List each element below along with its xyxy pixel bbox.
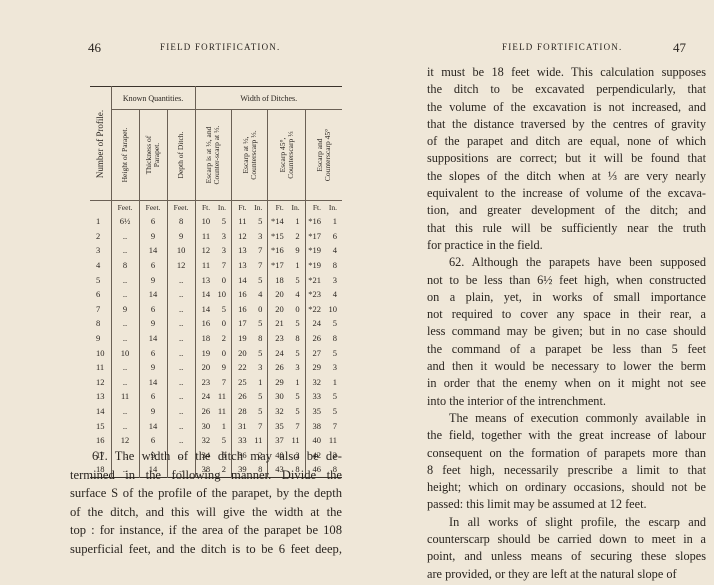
table-cell: 7 [213, 375, 231, 390]
text-line: the volume of the excavation is not incr… [427, 99, 706, 116]
header-escarp-counterscarp-45: Escarp and Counterscarp 45° [305, 110, 342, 201]
table-cell: 11 [250, 433, 268, 448]
table-cell: 14 [139, 243, 167, 258]
table-cell: 5 [287, 345, 305, 360]
text-line: the slopes of the ditch when at ⅓ are ve… [427, 168, 706, 185]
table-cell: 33 [232, 433, 250, 448]
table-row: 12..14..237251291321 [90, 375, 342, 390]
text-line: and then it would be necessary to lower … [427, 358, 706, 375]
table-cell: 14 [195, 287, 213, 302]
header-thickness-of-parapet: Thickness of Parapet. [139, 110, 167, 201]
table-cell: 3 [324, 272, 342, 287]
table-cell: 6 [139, 302, 167, 317]
table-cell: 20 [195, 360, 213, 375]
table-cell: 22 [232, 360, 250, 375]
paragraph-61: 61. The width of the ditch may also be d… [70, 447, 342, 559]
header-width-of-ditches: Width of Ditches. [195, 87, 342, 110]
table-cell: 29 [305, 360, 324, 375]
table-cell: 12 [167, 258, 195, 273]
table-cell: 9 [139, 360, 167, 375]
table-cell: 9 [287, 243, 305, 258]
table-cell: 20 [232, 345, 250, 360]
table-cell: 4 [324, 287, 342, 302]
text-line: for practice in the field. [427, 237, 706, 254]
table-cell: 5 [250, 316, 268, 331]
text-line: passed: this limit may be assumed at 12 … [427, 496, 706, 513]
table-cell: 1 [287, 214, 305, 229]
table-cell: 11 [213, 404, 231, 419]
table-cell: 6 [139, 214, 167, 229]
table-cell: .. [111, 331, 139, 346]
table-cell: 7 [250, 243, 268, 258]
table-cell: 18 [195, 331, 213, 346]
table-cell: 0 [250, 302, 268, 317]
table-cell: 14 [139, 375, 167, 390]
table-row: 8..9..160175215245 [90, 316, 342, 331]
table-cell: 26 [305, 331, 324, 346]
table-cell: .. [111, 272, 139, 287]
table-cell: *22 [305, 302, 324, 317]
table-cell: 8 [324, 258, 342, 273]
table-cell: 9 [167, 229, 195, 244]
table-cell: 12 [111, 433, 139, 448]
table-cell: 23 [268, 331, 287, 346]
table-row: 9..14..182198238268 [90, 331, 342, 346]
table-cell: 5 [324, 404, 342, 419]
table-cell: 8 [250, 331, 268, 346]
text-line: of the parapet and ditch are equal, none… [427, 133, 706, 150]
table-cell: 26 [195, 404, 213, 419]
table-row: 6..14..1410164204*234 [90, 287, 342, 302]
table-cell: 4 [324, 243, 342, 258]
text-line: that this rule will be sufficiently near… [427, 220, 706, 237]
table-cell: 3 [90, 243, 111, 258]
profiles-table-container: Number of Profile. Known Quantities. Wid… [90, 86, 342, 478]
table-cell: 9 [213, 360, 231, 375]
table-cell: 6 [324, 229, 342, 244]
table-cell: 30 [268, 389, 287, 404]
table-cell: 38 [305, 418, 324, 433]
table-cell: 7 [287, 418, 305, 433]
table-cell: *23 [305, 287, 324, 302]
table-cell: 5 [213, 433, 231, 448]
table-cell: 14 [232, 272, 250, 287]
table-cell: 11 [111, 389, 139, 404]
table-cell: 9 [90, 331, 111, 346]
table-cell: 4 [250, 287, 268, 302]
table-cell: 0 [213, 316, 231, 331]
table-cell: 3 [213, 229, 231, 244]
table-cell: .. [111, 375, 139, 390]
header-escarp-45-counterscarp-third: Escarp 45°, Counterscarp ⅓ [268, 110, 305, 201]
text-line: the command of a parapet be less than 5 … [427, 341, 706, 358]
table-cell: 9 [139, 404, 167, 419]
table-cell: 11 [324, 433, 342, 448]
table-cell: 7 [90, 302, 111, 317]
table-cell: 5 [213, 302, 231, 317]
table-cell: 10 [167, 243, 195, 258]
table-cell: 24 [305, 316, 324, 331]
table-cell: 21 [268, 316, 287, 331]
profiles-table: Number of Profile. Known Quantities. Wid… [90, 86, 342, 478]
table-cell: 5 [250, 404, 268, 419]
table-cell: 16 [195, 316, 213, 331]
table-cell: 5 [250, 345, 268, 360]
table-cell: 9 [111, 302, 139, 317]
table-row: 2..99113123*152*176 [90, 229, 342, 244]
table-row: 796..145160200*2210 [90, 302, 342, 317]
text-line: the ditch to be excavated perpendicularl… [427, 81, 706, 98]
table-cell: 10 [111, 345, 139, 360]
page-number: 47 [673, 40, 686, 56]
table-cell: 10 [195, 214, 213, 229]
table-cell: 5 [90, 272, 111, 287]
table-cell: .. [167, 360, 195, 375]
header-depth-of-ditch: Depth of Ditch. [167, 110, 195, 201]
table-cell: *15 [268, 229, 287, 244]
table-cell: 29 [268, 375, 287, 390]
table-cell: .. [111, 287, 139, 302]
text-line: into the interior of the intrenchment. [427, 393, 706, 410]
table-cell: 11 [195, 258, 213, 273]
table-cell: 4 [90, 258, 111, 273]
text-line: equivalent to the increase of volume of … [427, 185, 706, 202]
table-cell: 10 [90, 345, 111, 360]
table-cell: 1 [324, 214, 342, 229]
table-row: 11..9..209223263293 [90, 360, 342, 375]
table-cell: 2 [287, 229, 305, 244]
table-cell: 13 [232, 243, 250, 258]
table-cell: 32 [195, 433, 213, 448]
table-cell: 5 [324, 345, 342, 360]
table-cell: 6 [90, 287, 111, 302]
table-cell: 9 [139, 229, 167, 244]
table-cell: *17 [268, 258, 287, 273]
units-row: Feet. Feet. Feet. Ft. In. Ft. In. Ft. In… [90, 201, 342, 215]
table-cell: .. [111, 360, 139, 375]
text-line: on a plain, yet, in works of small impor… [427, 289, 706, 306]
table-cell: 10 [324, 302, 342, 317]
table-cell: 6 [139, 258, 167, 273]
header-known-quantities: Known Quantities. [111, 87, 195, 110]
table-cell: *19 [305, 243, 324, 258]
table-cell: 12 [90, 375, 111, 390]
table-cell: 1 [250, 375, 268, 390]
table-cell: 3 [287, 360, 305, 375]
table-cell: 5 [250, 272, 268, 287]
table-row: 16126..325331137114011 [90, 433, 342, 448]
table-cell: 4 [287, 287, 305, 302]
table-cell: 18 [268, 272, 287, 287]
table-cell: .. [111, 243, 139, 258]
text-line: point, and unless means of securing thes… [427, 548, 706, 565]
table-cell: 26 [232, 389, 250, 404]
table-cell: 2 [213, 331, 231, 346]
text-line: that the distance traversed by the centr… [427, 116, 706, 133]
table-cell: .. [167, 331, 195, 346]
header-escarp-half: Escarp at ½, Counterscarp ⅓. [232, 110, 268, 201]
page-number: 46 [88, 40, 101, 56]
table-cell: 9 [139, 316, 167, 331]
table-cell: 5 [287, 272, 305, 287]
table-row: 15..14..301317357387 [90, 418, 342, 433]
table-cell: 8 [90, 316, 111, 331]
table-cell: 20 [268, 302, 287, 317]
table-cell: 2 [90, 229, 111, 244]
table-cell: 10 [213, 287, 231, 302]
table-cell: *16 [305, 214, 324, 229]
table-cell: 8 [287, 331, 305, 346]
table-cell: 11 [195, 229, 213, 244]
table-cell: 32 [268, 404, 287, 419]
table-cell: 13 [90, 389, 111, 404]
table-cell: .. [111, 229, 139, 244]
table-cell: 8 [324, 331, 342, 346]
table-cell: 5 [324, 389, 342, 404]
table-cell: 15 [90, 418, 111, 433]
text-line: not required to cover any space in their… [427, 306, 706, 323]
profiles-table-body: 16½68105115*141*1612..99113123*152*1763.… [90, 214, 342, 477]
table-row: 10106..190205245275 [90, 345, 342, 360]
table-cell: 6½ [111, 214, 139, 229]
text-line: tion, and greater development of the dit… [427, 202, 706, 219]
table-cell: 16 [232, 287, 250, 302]
table-cell: 8 [111, 258, 139, 273]
table-cell: 14 [139, 418, 167, 433]
table-cell: 11 [232, 214, 250, 229]
text-line: less command may be given; but in no cas… [427, 323, 706, 340]
table-cell: *17 [305, 229, 324, 244]
header-number-of-profile: Number of Profile. [90, 87, 111, 201]
running-head: FIELD FORTIFICATION. [160, 42, 280, 52]
table-cell: 5 [250, 389, 268, 404]
text-line: are provided, or they are left at the na… [427, 566, 706, 583]
text-line: 8 feet high, necessarily prescribe a lim… [427, 462, 706, 479]
table-cell: 13 [195, 272, 213, 287]
table-row: 14..9..2611285325355 [90, 404, 342, 419]
text-line: In all works of slight profile, the esca… [427, 514, 706, 531]
table-row: 3..1410123137*169*194 [90, 243, 342, 258]
table-row: 48612117137*171*198 [90, 258, 342, 273]
table-cell: 37 [268, 433, 287, 448]
table-cell: 28 [232, 404, 250, 419]
table-cell: 7 [213, 258, 231, 273]
text-line: it must be 18 feet wide. This calculatio… [427, 64, 706, 81]
table-cell: *16 [268, 243, 287, 258]
table-cell: .. [111, 418, 139, 433]
table-cell: 19 [195, 345, 213, 360]
table-cell: 0 [287, 302, 305, 317]
table-cell: 6 [139, 345, 167, 360]
table-cell: 5 [287, 404, 305, 419]
table-cell: 32 [305, 375, 324, 390]
table-cell: 26 [268, 360, 287, 375]
table-cell: 14 [90, 404, 111, 419]
table-cell: 16 [232, 302, 250, 317]
table-cell: .. [167, 389, 195, 404]
table-cell: .. [111, 316, 139, 331]
right-page-body: it must be 18 feet wide. This calculatio… [427, 64, 706, 583]
table-cell: 1 [287, 375, 305, 390]
table-cell: 11 [213, 389, 231, 404]
table-cell: .. [111, 404, 139, 419]
table-cell: 8 [167, 214, 195, 229]
table-cell: 31 [232, 418, 250, 433]
table-cell: .. [167, 433, 195, 448]
table-cell: .. [167, 272, 195, 287]
table-cell: 14 [195, 302, 213, 317]
table-cell: 14 [139, 287, 167, 302]
table-cell: 5 [213, 214, 231, 229]
text-line: consequent on the formation of parapets … [427, 445, 706, 462]
table-cell: .. [167, 287, 195, 302]
table-cell: 6 [139, 389, 167, 404]
table-cell: 20 [268, 287, 287, 302]
table-cell: 30 [195, 418, 213, 433]
table-cell: 7 [250, 418, 268, 433]
table-cell: *19 [305, 258, 324, 273]
text-line: the field, together with the great incre… [427, 427, 706, 444]
table-cell: 12 [195, 243, 213, 258]
table-cell: 3 [250, 229, 268, 244]
table-row: 13116..2411265305335 [90, 389, 342, 404]
table-cell: .. [167, 404, 195, 419]
table-cell: 17 [232, 316, 250, 331]
table-cell: 7 [324, 418, 342, 433]
table-cell: 0 [213, 272, 231, 287]
table-cell: 7 [250, 258, 268, 273]
table-cell: 11 [287, 433, 305, 448]
table-cell: 16 [90, 433, 111, 448]
table-cell: 5 [287, 316, 305, 331]
table-cell: 5 [287, 389, 305, 404]
text-line: The means of execution commonly availabl… [427, 410, 706, 427]
table-cell: 1 [324, 375, 342, 390]
left-page: 46 FIELD FORTIFICATION. Number of Profil… [0, 0, 360, 585]
text-line: height; which on ordinary occasions, sho… [427, 479, 706, 496]
text-line: counterscarp should be carried down to m… [427, 531, 706, 548]
table-cell: 3 [213, 243, 231, 258]
table-cell: 35 [268, 418, 287, 433]
table-cell: 35 [305, 404, 324, 419]
table-cell: *21 [305, 272, 324, 287]
table-cell: 25 [232, 375, 250, 390]
table-cell: 23 [195, 375, 213, 390]
text-line: in order that the enemy when on it might… [427, 375, 706, 392]
header-height-of-parapet: Height of Parapet. [111, 110, 139, 201]
table-cell: 3 [324, 360, 342, 375]
table-cell: 6 [139, 433, 167, 448]
table-cell: *14 [268, 214, 287, 229]
table-cell: .. [167, 375, 195, 390]
text-line: 62. Although the parapets have been supp… [427, 254, 706, 271]
table-cell: 40 [305, 433, 324, 448]
right-page: FIELD FORTIFICATION. 47 it must be 18 fe… [360, 0, 714, 585]
table-cell: 1 [213, 418, 231, 433]
text-line: suppositions are correct; but it will be… [427, 150, 706, 167]
text-line: not to be less than 6½ feet high, when c… [427, 272, 706, 289]
table-cell: 24 [195, 389, 213, 404]
table-cell: 33 [305, 389, 324, 404]
table-cell: 3 [250, 360, 268, 375]
table-cell: 5 [324, 316, 342, 331]
table-cell: 12 [232, 229, 250, 244]
table-cell: 0 [213, 345, 231, 360]
table-cell: 1 [287, 258, 305, 273]
table-cell: .. [167, 316, 195, 331]
table-cell: 5 [250, 214, 268, 229]
table-cell: 1 [90, 214, 111, 229]
table-cell: 27 [305, 345, 324, 360]
table-cell: 14 [139, 331, 167, 346]
table-cell: .. [167, 345, 195, 360]
table-cell: 13 [232, 258, 250, 273]
table-cell: .. [167, 302, 195, 317]
table-cell: 24 [268, 345, 287, 360]
table-cell: 19 [232, 331, 250, 346]
table-cell: 11 [90, 360, 111, 375]
table-cell: 9 [139, 272, 167, 287]
running-head: FIELD FORTIFICATION. [502, 42, 622, 52]
table-row: 5..9..130145185*213 [90, 272, 342, 287]
table-cell: .. [167, 418, 195, 433]
header-escarp-third: Escarp is at ⅓, and Counter-scarp at ⅓. [195, 110, 231, 201]
table-row: 16½68105115*141*161 [90, 214, 342, 229]
